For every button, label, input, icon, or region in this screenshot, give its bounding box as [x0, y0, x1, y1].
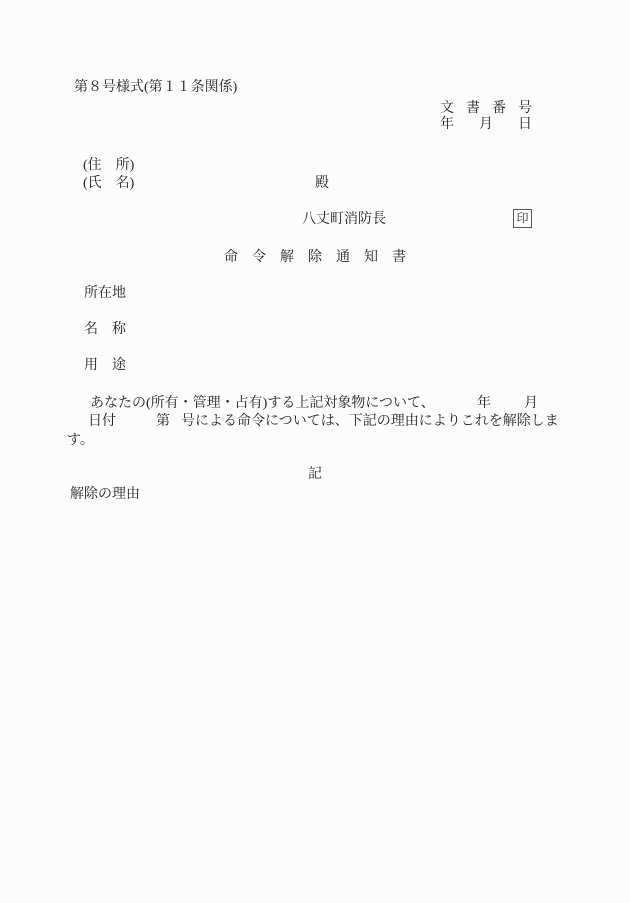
recipient-name-label: (氏 名): [83, 176, 134, 191]
reason-label: 解除の理由: [70, 487, 140, 502]
body-line2-date-suffix: 日付: [88, 414, 116, 429]
issuer-name: 八丈町消防長: [302, 212, 386, 227]
document-page: 第８号様式(第１１条関係) 文 書 番 号 年 月 日 (住 所) (氏 名) …: [0, 0, 630, 903]
body-line1-text: あなたの(所有・管理・占有)する上記対象物について、: [90, 396, 435, 411]
body-line3: す。: [67, 433, 94, 448]
form-number: 第８号様式(第１１条関係): [74, 80, 237, 95]
body-line2-dai: 第: [156, 414, 170, 429]
recipient-honorific: 殿: [315, 176, 329, 191]
field-location-label: 所在地: [84, 286, 126, 301]
recipient-address-label: (住 所): [83, 158, 134, 173]
field-use-label: 用 途: [84, 358, 126, 373]
document-title: 命 令 解 除 通 知 書: [0, 250, 630, 265]
doc-number-label: 文 書 番 号: [401, 101, 531, 116]
seal-mark: 印: [513, 209, 532, 228]
body-line1-year: 年: [477, 396, 491, 411]
body-line2-rest: 号による命令については、下記の理由によりこれを解除しま: [181, 414, 559, 429]
date-line: 年 月 日: [401, 117, 531, 132]
body-line1-month: 月: [524, 396, 538, 411]
seal-character: 印: [516, 211, 528, 225]
ki-heading: 記: [0, 467, 630, 482]
field-name-label: 名 称: [84, 322, 126, 337]
